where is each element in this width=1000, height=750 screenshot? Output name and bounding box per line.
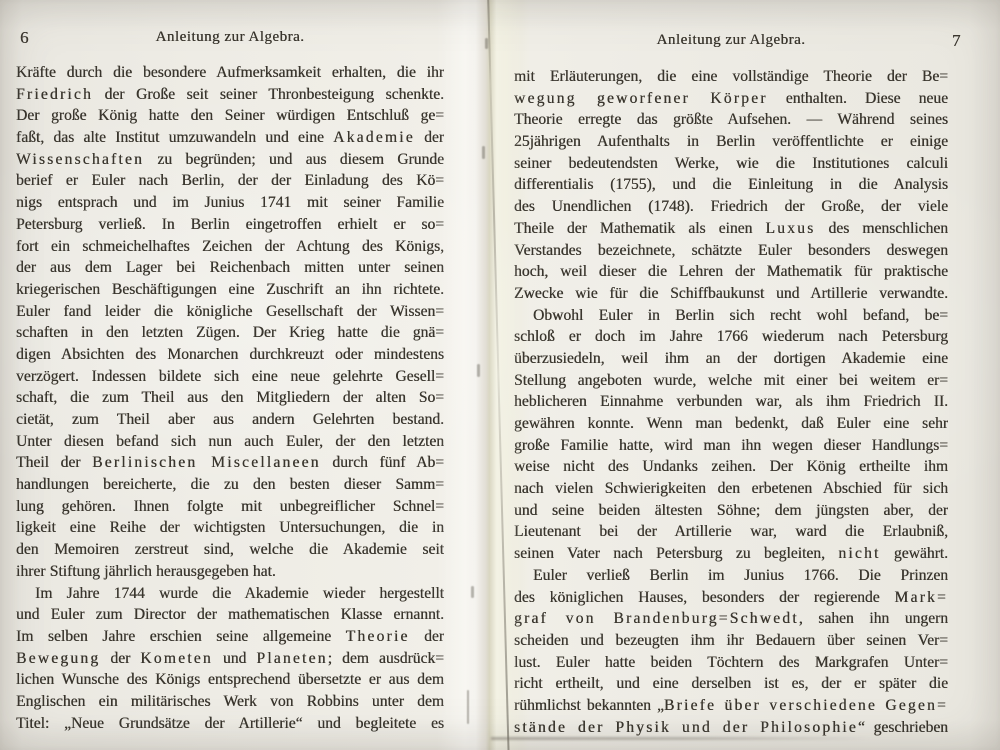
- text-segment: “ geschrieben: [858, 719, 948, 736]
- text-line: heblicheren Einnahme verbunden war, als …: [514, 391, 948, 413]
- text-line: fort ein schmeichelhaftes Zeichen der Ac…: [16, 236, 444, 258]
- letterspaced-text: Mark=: [894, 589, 948, 606]
- text-line: mit Erläuterungen, die eine vollständige…: [514, 66, 948, 88]
- text-line: 25jährigen Aufenthalts in Berlin veröffe…: [514, 131, 948, 153]
- text-segment: digen Absichten des Monarchen durchkreuz…: [16, 346, 444, 363]
- text-line: Bewegung der Kometen und Planeten; dem a…: [16, 648, 444, 670]
- text-line: Theil der Berlinischen Miscellaneen durc…: [16, 452, 444, 474]
- text-segment: der: [415, 129, 444, 146]
- text-segment: Theorie erregte das größte Aufsehen. — W…: [514, 111, 948, 128]
- text-line: Friedrich der Große seit seiner Thronbes…: [16, 84, 444, 106]
- text-line: digen Absichten des Monarchen durchkreuz…: [16, 344, 444, 366]
- text-line: Lieutenant bei der Artillerie war, ward …: [514, 521, 948, 543]
- text-segment: Kräfte durch die besondere Aufmerksamkei…: [16, 64, 444, 81]
- text-segment: und seine beiden ältesten Söhne; dem jün…: [514, 502, 948, 519]
- text-segment: Titel: „Neue Grundsätze der Artillerie“ …: [16, 715, 444, 732]
- letterspaced-text: Berlinischen Miscellaneen: [92, 454, 321, 471]
- text-line: Unter diesen befand sich nun auch Euler,…: [16, 431, 444, 453]
- text-segment: Der große König hatte den Seiner würdige…: [16, 107, 444, 124]
- text-segment: scheiden und bezeugten ihm ihr Bedauern …: [514, 632, 948, 649]
- text-segment: Lieutenant bei der Artillerie war, ward …: [514, 523, 948, 540]
- text-segment: Theile der Mathematik als einen: [514, 220, 765, 237]
- text-line: kriegerischen Beschäftigungen eine Zusch…: [16, 279, 444, 301]
- text-segment: gewährt.: [881, 545, 949, 562]
- letterspaced-text: Friedrich: [16, 86, 93, 103]
- text-segment: fort ein schmeichelhaftes Zeichen der Ac…: [16, 238, 444, 255]
- text-segment: lung gehören. Ihnen folgte mit unbegreif…: [16, 498, 444, 515]
- binding-crease: [487, 0, 510, 750]
- text-line: Wissenschaften zu begründen; und aus die…: [16, 149, 444, 171]
- text-segment: richt ertheilt, und eine derselben ist e…: [514, 675, 948, 692]
- crease-speck: [471, 586, 474, 598]
- text-segment: große Familie hatte, wird man ihn wegen …: [514, 437, 948, 454]
- text-segment: handlungen bereicherte, die zu den beste…: [16, 476, 444, 493]
- text-line: Der große König hatte den Seiner würdige…: [16, 105, 444, 127]
- text-line: schloß er doch im Jahre 1766 wiederum na…: [514, 326, 948, 348]
- text-line: scheiden und bezeugten ihm ihr Bedauern …: [514, 630, 948, 652]
- text-line: überzusiedeln, weil ihm an der dortigen …: [514, 348, 948, 370]
- text-segment: zu begründen; und aus diesem Grunde: [144, 151, 444, 168]
- text-segment: Theil der: [16, 454, 92, 471]
- text-segment: rühmlichst bekannten „: [514, 697, 664, 714]
- text-segment: Im Jahre 1744 wurde die Akademie wieder …: [35, 585, 444, 602]
- text-line: Euler verließ Berlin im Junius 1766. Die…: [514, 565, 948, 587]
- text-segment: verzögert. Indessen bildete sich eine ne…: [16, 368, 444, 385]
- text-segment: hoch, weil dieser die Lehren der Mathema…: [514, 263, 948, 280]
- text-segment: Englischen ein militärisches Werk von Ro…: [16, 693, 444, 710]
- text-segment: den Memoiren zerstreut sind, welche die …: [16, 541, 444, 558]
- text-segment: schloß er doch im Jahre 1766 wiederum na…: [514, 328, 948, 345]
- text-line: Zwecke wie für die Schiffbaukunst und Ar…: [514, 283, 948, 305]
- letterspaced-text: Wissenschaften: [16, 151, 144, 168]
- text-line: verzögert. Indessen bildete sich eine ne…: [16, 366, 444, 388]
- text-line: lichen Wunsche des Königs entsprechend ü…: [16, 669, 444, 691]
- text-segment: faßt, das alte Institut umzuwandeln und …: [16, 129, 333, 146]
- text-line: Theile der Mathematik als einen Luxus de…: [514, 218, 948, 240]
- text-line: Theorie erregte das größte Aufsehen. — W…: [514, 109, 948, 131]
- text-line: des Unendlichen (1748). Friedrich der Gr…: [514, 196, 948, 218]
- crease-speck: [477, 364, 480, 377]
- text-segment: Im selben Jahre erschien seine allgemein…: [16, 628, 346, 645]
- letterspaced-text: Luxus: [765, 220, 815, 237]
- text-segment: Verstandes bezeichnete, schätzte Euler b…: [514, 242, 948, 259]
- text-line: faßt, das alte Institut umzuwandeln und …: [16, 127, 444, 149]
- text-line: nigs entsprach und im Junius 1741 mit se…: [16, 192, 444, 214]
- text-segment: nach vielen Schwierigkeiten den erbetene…: [514, 480, 948, 497]
- text-line: große Familie hatte, wird man ihn wegen …: [514, 435, 948, 457]
- text-segment: , sahen ihn ungern: [799, 610, 948, 627]
- text-line: graf von Brandenburg=Schwedt, sahen ihn …: [514, 608, 948, 630]
- text-line: Kräfte durch die besondere Aufmerksamkei…: [16, 62, 444, 84]
- page-left-lines: Kräfte durch die besondere Aufmerksamkei…: [16, 62, 444, 734]
- text-segment: weise nicht des Undanks zeihen. Der Köni…: [514, 458, 948, 475]
- text-segment: durch fünf Ab=: [321, 454, 444, 471]
- text-line: differentialis (1755), und die Einleitun…: [514, 174, 948, 196]
- text-line: Im selben Jahre erschien seine allgemein…: [16, 626, 444, 648]
- text-segment: kriegerischen Beschäftigungen eine Zusch…: [16, 281, 444, 298]
- text-segment: schaften in den letzten Zügen. Der Krieg…: [16, 324, 444, 341]
- text-segment: lust. Euler hatte beiden Töchtern des Ma…: [514, 654, 948, 671]
- text-line: weise nicht des Undanks zeihen. Der Köni…: [514, 456, 948, 478]
- text-line: rühmlichst bekannten „Briefe über versch…: [514, 695, 948, 717]
- text-line: und seine beiden ältesten Söhne; dem jün…: [514, 500, 948, 522]
- crease-speck: [482, 146, 485, 159]
- text-segment: Euler fand leider die königliche Gesells…: [16, 303, 444, 320]
- text-segment: der: [410, 628, 444, 645]
- letterspaced-text: Akademie: [333, 129, 415, 146]
- text-line: Verstandes bezeichnete, schätzte Euler b…: [514, 240, 948, 262]
- text-line: wegung geworfener Körper enthalten. Dies…: [514, 88, 948, 110]
- text-line: seinen Vater nach Petersburg zu begleite…: [514, 543, 948, 565]
- page-number-right: 7: [952, 31, 961, 51]
- text-line: des königlichen Hauses, besonders der re…: [514, 587, 948, 609]
- text-line: gewähren konnte. Wenn man bedenkt, daß E…: [514, 413, 948, 435]
- text-line: schaften in den letzten Zügen. Der Krieg…: [16, 322, 444, 344]
- text-line: ihrer Stiftung jährlich herausgegeben ha…: [16, 561, 444, 583]
- letterspaced-text: nicht: [838, 545, 880, 562]
- text-line: Englischen ein militärisches Werk von Ro…: [16, 691, 444, 713]
- letterspaced-text: Bewegung: [16, 650, 100, 667]
- crease-speck: [485, 38, 488, 49]
- text-line: handlungen bereicherte, die zu den beste…: [16, 474, 444, 496]
- text-line: cietät, zum Theil aber aus andern Gelehr…: [16, 409, 444, 431]
- letterspaced-text: graf von Brandenburg=Schwedt: [514, 610, 799, 627]
- text-segment: enthalten. Diese neue: [768, 90, 948, 107]
- text-line: lung gehören. Ihnen folgte mit unbegreif…: [16, 496, 444, 518]
- text-line: stände der Physik und der Philosophie“ g…: [514, 717, 948, 739]
- running-header-left: Anleitung zur Algebra.: [16, 29, 444, 46]
- text-segment: ; dem ausdrück=: [328, 650, 444, 667]
- text-segment: Zwecke wie für die Schiffbaukunst und Ar…: [514, 285, 948, 302]
- text-segment: des königlichen Hauses, besonders der re…: [514, 589, 894, 606]
- text-line: Stellung angeboten wurde, welche mit ein…: [514, 370, 948, 392]
- text-line: Euler fand leider die königliche Gesells…: [16, 301, 444, 323]
- text-segment: Petersburg verließ. In Berlin eingetroff…: [16, 216, 444, 233]
- text-segment: überzusiedeln, weil ihm an der dortigen …: [514, 350, 948, 367]
- text-segment: seinen Vater nach Petersburg zu begleite…: [514, 545, 838, 562]
- letterspaced-text: Kometen: [140, 650, 213, 667]
- text-segment: der: [100, 650, 140, 667]
- text-line: hoch, weil dieser die Lehren der Mathema…: [514, 261, 948, 283]
- text-line: richt ertheilt, und eine derselben ist e…: [514, 673, 948, 695]
- text-line: Petersburg verließ. In Berlin eingetroff…: [16, 214, 444, 236]
- text-segment: ihrer Stiftung jährlich herausgegeben ha…: [16, 563, 276, 580]
- book-scan: 6 Anleitung zur Algebra. Kräfte durch di…: [0, 0, 1000, 750]
- text-segment: Obwohl Euler in Berlin sich recht wohl b…: [533, 307, 948, 324]
- text-segment: cietät, zum Theil aber aus andern Gelehr…: [16, 411, 444, 428]
- text-line: den Memoiren zerstreut sind, welche die …: [16, 539, 444, 561]
- text-segment: schaft, die zum Theil aus den Mitglieder…: [16, 389, 444, 406]
- text-segment: und: [213, 650, 256, 667]
- letterspaced-text: wegung geworfener Körper: [514, 90, 768, 107]
- text-segment: seiner bedeutendsten Werke, wie die Inst…: [514, 155, 948, 172]
- text-line: nach vielen Schwierigkeiten den erbetene…: [514, 478, 948, 500]
- text-line: schaft, die zum Theil aus den Mitglieder…: [16, 387, 444, 409]
- text-line: Obwohl Euler in Berlin sich recht wohl b…: [514, 305, 948, 327]
- text-segment: Stellung angeboten wurde, welche mit ein…: [514, 372, 948, 389]
- text-segment: ligkeit eine Reihe der wichtigsten Unter…: [16, 519, 444, 536]
- text-segment: des menschlichen: [815, 220, 948, 237]
- running-header-right: Anleitung zur Algebra.: [514, 32, 948, 49]
- text-segment: berief er Euler nach Berlin, der der Ein…: [16, 172, 444, 189]
- text-segment: lichen Wunsche des Königs entsprechend ü…: [16, 671, 444, 688]
- text-segment: differentialis (1755), und die Einleitun…: [514, 176, 948, 193]
- text-line: und Euler zum Director der mathematische…: [16, 604, 444, 626]
- crease-speck: [467, 690, 469, 724]
- text-line: Im Jahre 1744 wurde die Akademie wieder …: [16, 583, 444, 605]
- text-segment: Euler verließ Berlin im Junius 1766. Die…: [533, 567, 948, 584]
- text-segment: des Unendlichen (1748). Friedrich der Gr…: [514, 198, 948, 215]
- text-line: berief er Euler nach Berlin, der der Ein…: [16, 170, 444, 192]
- text-segment: mit Erläuterungen, die eine vollständige…: [514, 68, 948, 85]
- text-line: Titel: „Neue Grundsätze der Artillerie“ …: [16, 713, 444, 735]
- text-segment: der Große seit seiner Thronbesteigung sc…: [93, 86, 444, 103]
- text-segment: Unter diesen befand sich nun auch Euler,…: [16, 433, 444, 450]
- text-line: lust. Euler hatte beiden Töchtern des Ma…: [514, 652, 948, 674]
- text-line: seiner bedeutendsten Werke, wie die Inst…: [514, 153, 948, 175]
- letterspaced-text: Theorie: [346, 628, 410, 645]
- page-right-lines: mit Erläuterungen, die eine vollständige…: [514, 66, 948, 738]
- letterspaced-text: Planeten: [256, 650, 327, 667]
- letterspaced-text: stände der Physik und der Philosophie: [514, 719, 858, 736]
- text-segment: der aus dem Lager bei Reichenbach mitten…: [16, 259, 444, 276]
- text-segment: heblicheren Einnahme verbunden war, als …: [514, 393, 948, 410]
- text-segment: nigs entsprach und im Junius 1741 mit se…: [16, 194, 444, 211]
- letterspaced-text: Briefe über verschiedene Gegen=: [664, 697, 948, 714]
- text-segment: 25jährigen Aufenthalts in Berlin veröffe…: [514, 133, 948, 150]
- text-line: der aus dem Lager bei Reichenbach mitten…: [16, 257, 444, 279]
- text-segment: und Euler zum Director der mathematische…: [16, 606, 444, 623]
- text-segment: gewähren konnte. Wenn man bedenkt, daß E…: [514, 415, 948, 432]
- text-line: ligkeit eine Reihe der wichtigsten Unter…: [16, 517, 444, 539]
